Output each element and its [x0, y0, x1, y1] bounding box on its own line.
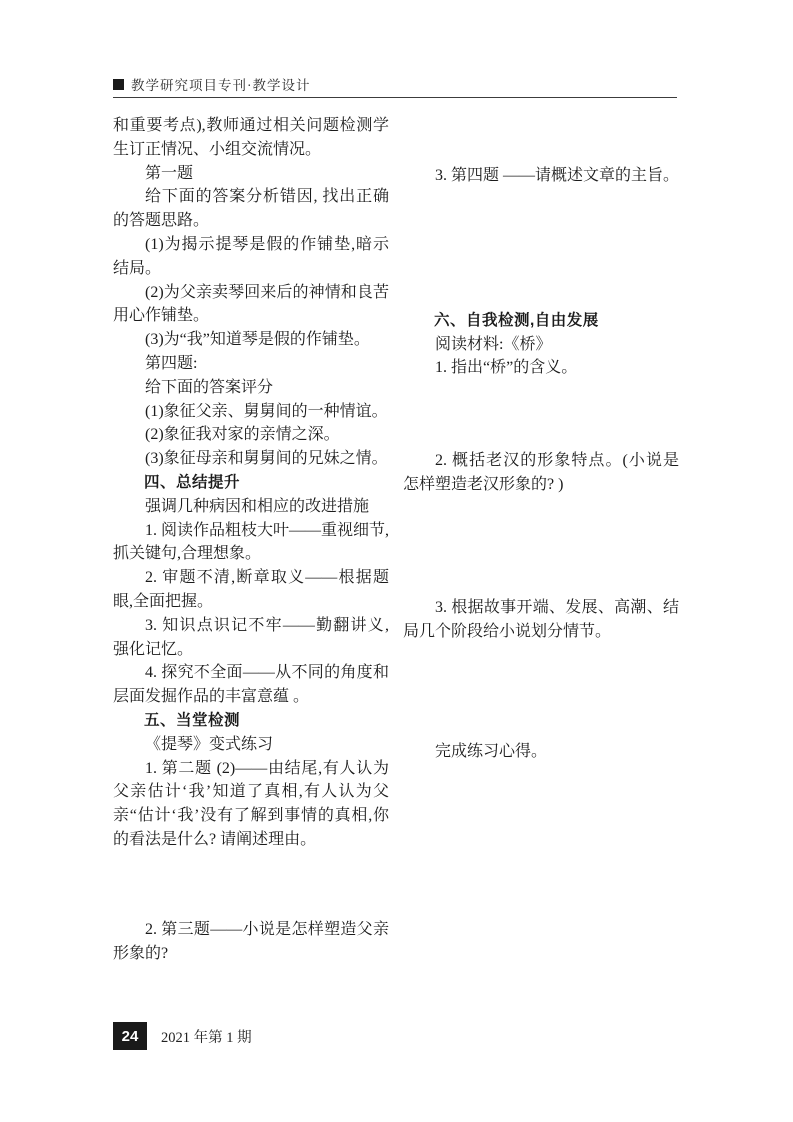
page-footer: 24 2021 年第 1 期: [113, 1022, 252, 1050]
paragraph: 1. 指出“桥”的含义。: [403, 356, 679, 380]
paragraph: 3. 知识点识记不牢——勤翻讲义, 强化记忆。: [113, 614, 389, 662]
journal-page: 教学研究项目专刊·教学设计 和重要考点),教师通过相关问题检测学生订正情况、小组…: [0, 0, 793, 1122]
header-title: 教学研究项目专刊·教学设计: [131, 74, 311, 94]
paragraph: (2)为父亲卖琴回来后的神情和良苦用心作铺垫。: [113, 281, 389, 329]
page-number-badge: 24: [113, 1022, 147, 1050]
paragraph: 给下面的答案评分: [113, 376, 389, 400]
paragraph: 阅读材料:《桥》: [403, 333, 679, 357]
paragraph: 第一题: [113, 162, 389, 186]
paragraph: (1)为揭示提琴是假的作铺垫,暗示结局。: [113, 233, 389, 281]
paragraph: 3. 第四题 ——请概述文章的主旨。: [403, 164, 679, 188]
paragraph: 和重要考点),教师通过相关问题检测学生订正情况、小组交流情况。: [113, 114, 389, 162]
paragraph: 强调几种病因和相应的改进措施: [113, 495, 389, 519]
paragraph: (1)象征父亲、舅舅间的一种情谊。: [113, 400, 389, 424]
paragraph: 2. 第三题——小说是怎样塑造父亲形象的?: [113, 918, 389, 966]
paragraph: 4. 探究不全面——从不同的角度和层面发掘作品的丰富意蕴 。: [113, 661, 389, 709]
paragraph: 完成练习心得。: [403, 740, 679, 764]
issue-label: 2021 年第 1 期: [161, 1026, 252, 1047]
paragraph: (3)象征母亲和舅舅间的兄妹之情。: [113, 447, 389, 471]
page-header: 教学研究项目专刊·教学设计: [113, 74, 677, 94]
section-heading: 四、总结提升: [113, 471, 389, 495]
paragraph: 2. 概括老汉的形象特点。(小说是怎样塑造老汉形象的? ): [403, 449, 679, 497]
section-heading: 六、自我检测,自由发展: [403, 309, 679, 333]
header-divider: [113, 97, 677, 98]
paragraph: 2. 审题不清,断章取义——根据题眼,全面把握。: [113, 566, 389, 614]
paragraph: (2)象征我对家的亲情之深。: [113, 423, 389, 447]
paragraph: 给下面的答案分析错因, 找出正确的答题思路。: [113, 185, 389, 233]
left-column: 和重要考点),教师通过相关问题检测学生订正情况、小组交流情况。 第一题 给下面的…: [113, 114, 389, 965]
paragraph: 1. 阅读作品粗枝大叶——重视细节,抓关键句,合理想象。: [113, 519, 389, 567]
section-heading: 五、当堂检测: [113, 709, 389, 733]
black-square-icon: [113, 79, 124, 90]
right-column: 3. 第四题 ——请概述文章的主旨。 六、自我检测,自由发展 阅读材料:《桥》 …: [403, 114, 679, 764]
paragraph: 《提琴》变式练习: [113, 733, 389, 757]
paragraph: 第四题:: [113, 352, 389, 376]
paragraph: (3)为“我”知道琴是假的作铺垫。: [113, 328, 389, 352]
paragraph: 1. 第二题 (2)——由结尾,有人认为父亲估计‘我’知道了真相,有人认为父亲“…: [113, 757, 389, 852]
paragraph: 3. 根据故事开端、发展、高潮、结局几个阶段给小说划分情节。: [403, 596, 679, 644]
